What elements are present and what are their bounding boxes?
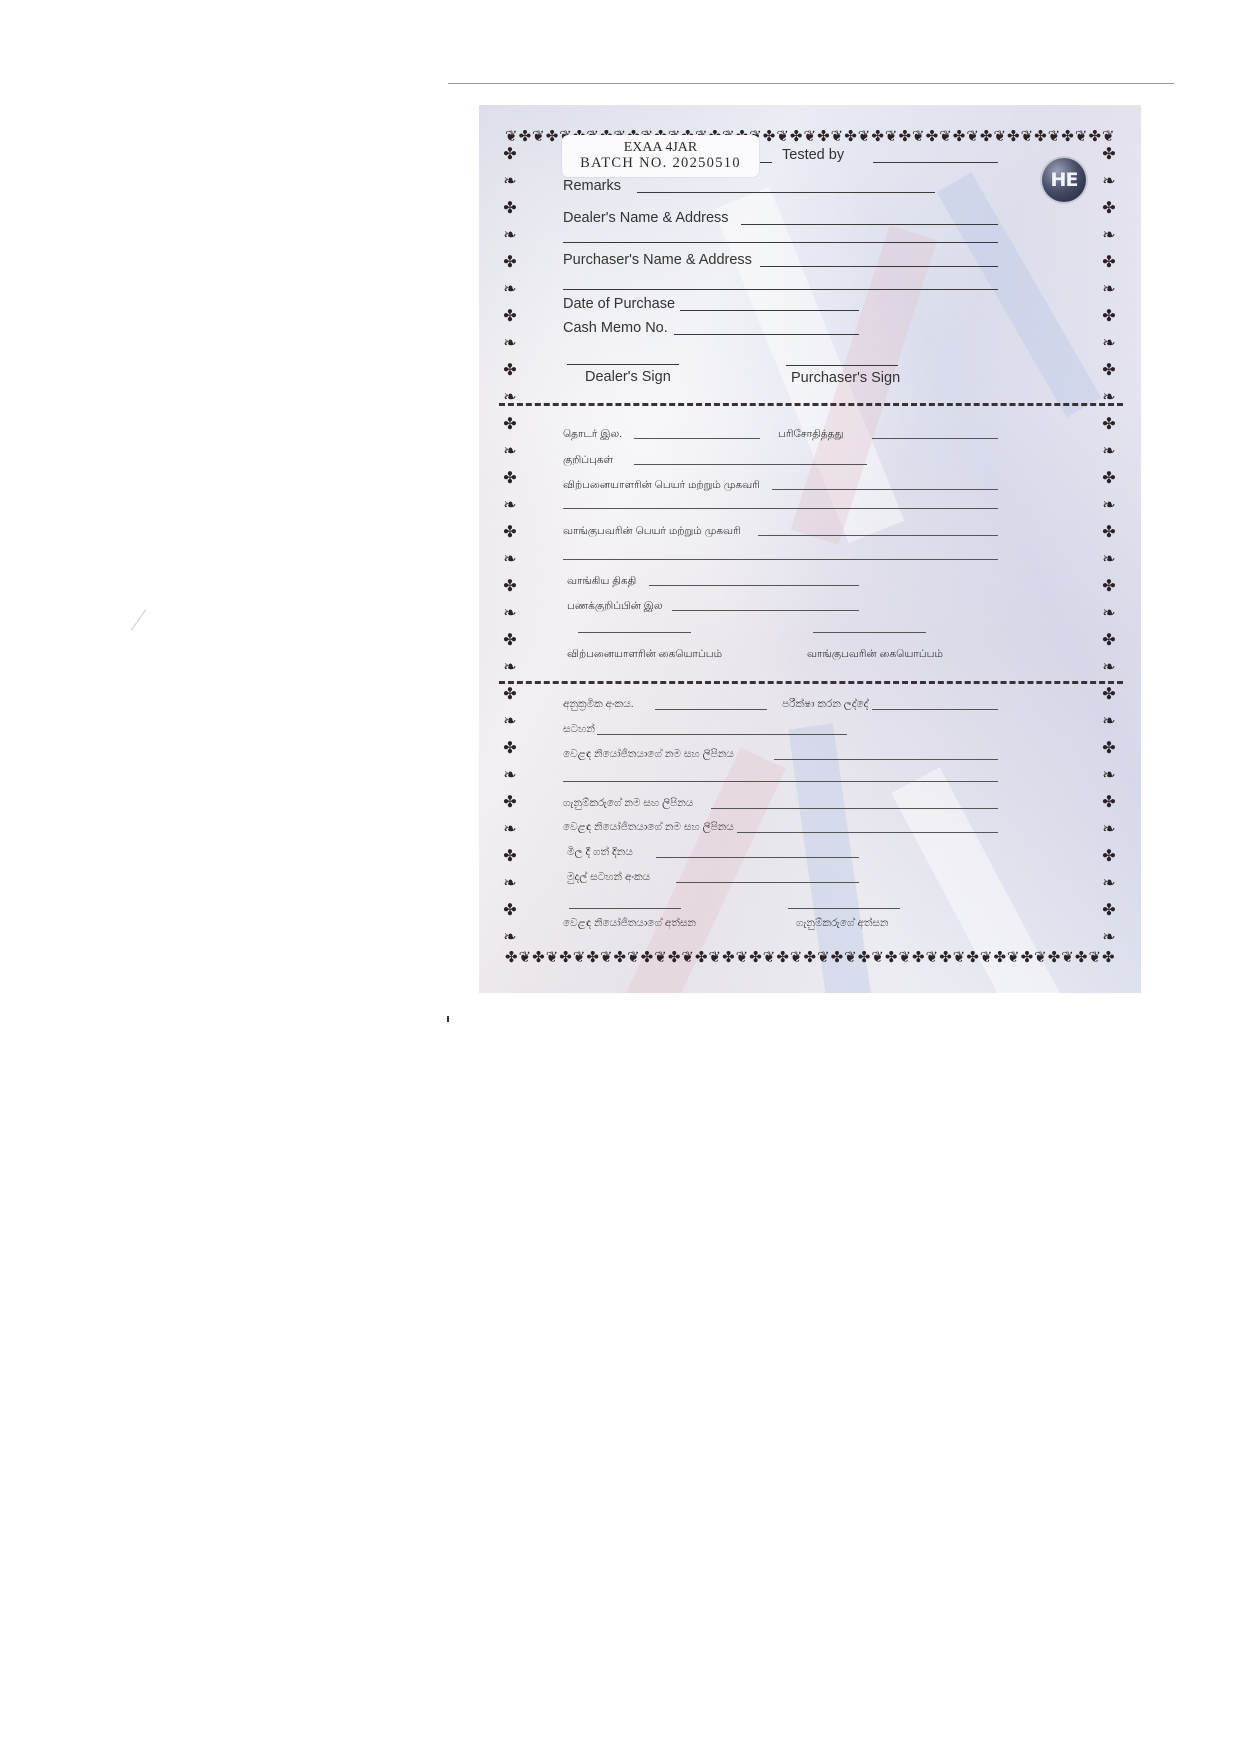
- label-purchaser-sign: Purchaser's Sign: [791, 370, 900, 386]
- si-serial-no-field[interactable]: [655, 709, 767, 710]
- ornament-border-left: ✤❧✤❧✤❧✤❧✤❧✤❧✤❧✤❧✤❧✤❧✤❧✤❧✤❧✤❧✤❧✤❧✤❧✤❧✤❧✤❧…: [501, 141, 519, 953]
- si-tested-by-field[interactable]: [872, 709, 998, 710]
- ta-purchaser-name-address-field[interactable]: [758, 535, 998, 536]
- label-si-cash-memo-no: මුදල් සටහන් අංකය: [567, 871, 650, 884]
- label-ta-purchaser-name-address: வாங்குபவரின் பெயர் மற்றும் முகவரி: [563, 525, 741, 538]
- ta-date-of-purchase-field[interactable]: [649, 585, 859, 586]
- label-ta-cash-memo-no: பணக்குறிப்பின் இல: [567, 600, 663, 613]
- si-dealer-name-address-field-line2[interactable]: [563, 781, 998, 782]
- he-brand-logo-icon: HE: [1042, 158, 1086, 202]
- background-streak: [937, 172, 1102, 417]
- label-ta-serial-no: தொடர் இல.: [563, 428, 622, 441]
- si-remarks-field[interactable]: [597, 734, 847, 735]
- label-si-serial-no: අනුක්‍රමික අංකය.: [563, 698, 634, 711]
- tear-line-1: [499, 403, 1123, 406]
- scan-mark: [447, 1016, 449, 1022]
- label-cash-memo-no: Cash Memo No.: [563, 320, 668, 336]
- si-dealer-name-address-field[interactable]: [774, 759, 998, 760]
- sticker-batch-number: BATCH NO. 20250510: [562, 155, 759, 171]
- label-ta-tested-by: பரிசோதித்தது: [778, 428, 844, 441]
- sticker-model: EXAA 4JAR: [562, 135, 759, 155]
- ta-dealer-sign-field[interactable]: [578, 632, 691, 633]
- label-si-remarks: සටහන්: [563, 723, 595, 736]
- ta-cash-memo-no-field[interactable]: [672, 610, 859, 611]
- cash-memo-no-field[interactable]: [674, 334, 859, 335]
- scan-top-rule: [448, 83, 1174, 84]
- label-date-of-purchase: Date of Purchase: [563, 296, 675, 312]
- label-si-tested-by: පරීක්ෂා කරන ලද්දේ: [782, 698, 868, 711]
- ta-dealer-name-address-field-line2[interactable]: [563, 508, 998, 509]
- ornament-border-right: ✤❧✤❧✤❧✤❧✤❧✤❧✤❧✤❧✤❧✤❧✤❧✤❧✤❧✤❧✤❧✤❧✤❧✤❧✤❧✤❧…: [1100, 141, 1118, 953]
- si-dealer-sign-field[interactable]: [569, 908, 681, 909]
- warranty-card: ❦✤❦✤❦✤❦✤❦✤❦✤❦✤❦✤❦✤❦✤❦✤❦✤❦✤❦✤❦✤❦✤❦✤❦✤❦✤❦✤…: [479, 105, 1141, 993]
- label-ta-purchaser-sign: வாங்குபவரின் கையொப்பம்: [807, 648, 943, 661]
- label-remarks: Remarks: [563, 178, 621, 194]
- tested-by-field[interactable]: [873, 162, 998, 163]
- ta-purchaser-name-address-field-line2[interactable]: [563, 559, 998, 560]
- remarks-field[interactable]: [637, 192, 935, 193]
- label-si-date-of-purchase: මිල දී ගත් දිනය: [567, 846, 633, 859]
- purchaser-name-address-field[interactable]: [760, 266, 998, 267]
- ta-purchaser-sign-field[interactable]: [813, 632, 926, 633]
- label-si-dealer-sign: වෙළඳ නියෝජිතයාගේ අත්සන: [563, 917, 696, 930]
- scan-artifact: [131, 609, 147, 631]
- purchaser-name-address-field-line2[interactable]: [563, 289, 998, 290]
- sticker-field-line: [760, 162, 772, 163]
- si-purchaser-name-address-field[interactable]: [711, 808, 998, 809]
- label-si-purchaser-name-address: ගැනුම්කරුගේ නම සහ ලිපිනය: [563, 797, 693, 810]
- label-purchaser-name-address: Purchaser's Name & Address: [563, 252, 752, 268]
- label-ta-date-of-purchase: வாங்கிய திகதி: [567, 575, 636, 588]
- ornament-border-bottom: ✤❦✤❦✤❦✤❦✤❦✤❦✤❦✤❦✤❦✤❦✤❦✤❦✤❦✤❦✤❦✤❦✤❦✤❦✤❦✤❦…: [505, 951, 1115, 965]
- label-si-dealer-name-address-2: වෙළඳ නියෝජිතයාගේ නම සහ ලිපිනය: [563, 821, 734, 834]
- ta-remarks-field[interactable]: [634, 464, 867, 465]
- tear-line-2: [499, 681, 1123, 684]
- dealer-name-address-field[interactable]: [741, 224, 998, 225]
- label-dealer-name-address: Dealer's Name & Address: [563, 210, 729, 226]
- si-purchaser-sign-field[interactable]: [788, 908, 900, 909]
- label-ta-dealer-name-address: விற்பனையாளரின் பெயர் மற்றும் முகவரி: [563, 479, 760, 492]
- ta-serial-no-field[interactable]: [634, 438, 760, 439]
- dealer-sign-field[interactable]: [567, 364, 679, 365]
- si-dealer-name-address-2-field[interactable]: [737, 832, 998, 833]
- purchaser-sign-field[interactable]: [786, 365, 898, 366]
- label-si-purchaser-sign: ගැනුම්කරුගේ අත්සන: [796, 917, 888, 930]
- logo-text: HE: [1051, 169, 1078, 191]
- label-ta-dealer-sign: விற்பனையாளரின் கையொப்பம்: [567, 648, 722, 661]
- ta-tested-by-field[interactable]: [872, 438, 998, 439]
- si-cash-memo-no-field[interactable]: [676, 882, 859, 883]
- label-dealer-sign: Dealer's Sign: [585, 369, 671, 385]
- batch-sticker: EXAA 4JAR BATCH NO. 20250510: [562, 135, 759, 177]
- label-si-dealer-name-address: වෙළඳ නියෝජිතයාගේ නම සහ ලිපිනය: [563, 748, 734, 761]
- dealer-name-address-field-line2[interactable]: [563, 242, 998, 243]
- ta-dealer-name-address-field[interactable]: [772, 489, 998, 490]
- si-date-of-purchase-field[interactable]: [656, 857, 859, 858]
- label-ta-remarks: குறிப்புகள்: [563, 454, 613, 467]
- label-tested-by: Tested by: [782, 147, 844, 163]
- date-of-purchase-field[interactable]: [680, 310, 859, 311]
